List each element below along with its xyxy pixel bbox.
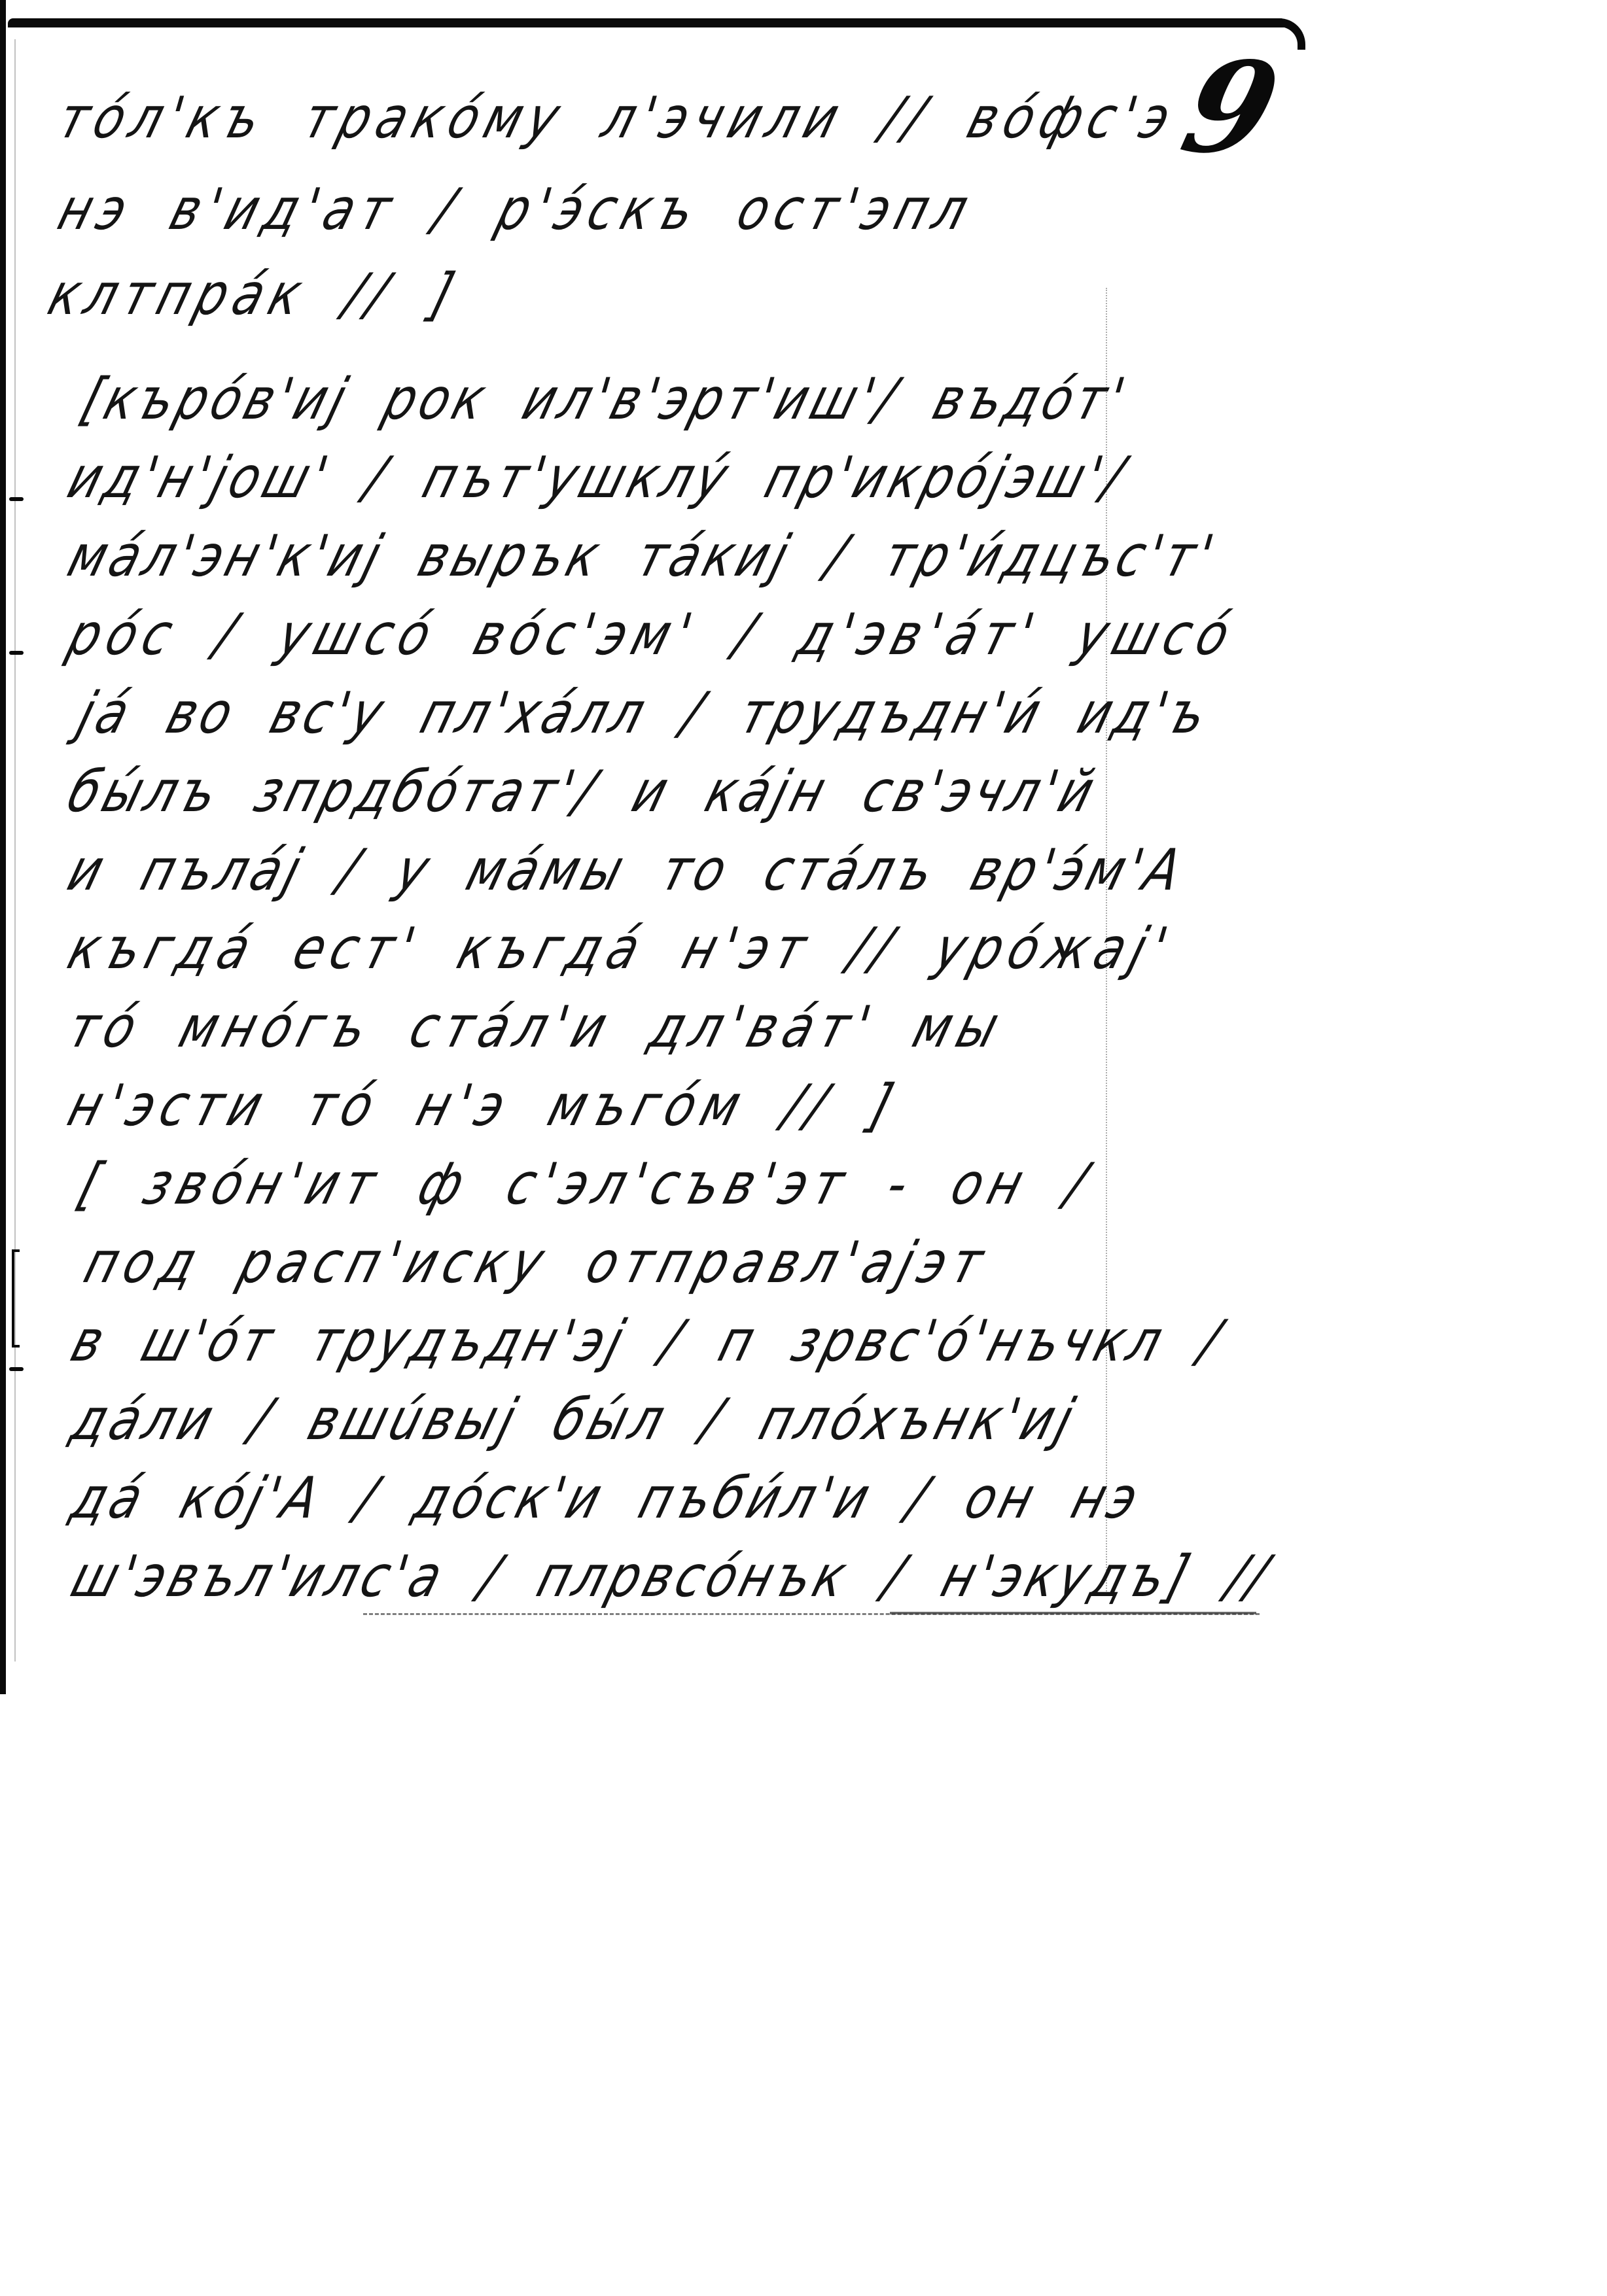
margin-tick-mark bbox=[9, 651, 24, 655]
text-line-19: ш'эвъл'илс'а / плрвсóнък / н'экудъ] // bbox=[65, 1548, 1277, 1605]
margin-bracket-mark bbox=[12, 1249, 20, 1348]
inner-margin-line bbox=[14, 39, 16, 1661]
bottom-separator-stroke bbox=[890, 1612, 1256, 1614]
text-line-10: и пълáј / у мáмы то стáлъ вр'э́м'А bbox=[62, 842, 1191, 899]
text-line-17: дáли / вшúвыј бы́л / плóхънк'иј bbox=[65, 1391, 1084, 1448]
text-line-13: н'эсти то́ н'э мъгóм // ] bbox=[62, 1077, 905, 1134]
text-line-4: [къро́в'иј рок ил'в'эрт'иш'/ въдо́т' bbox=[75, 371, 1135, 428]
text-line-7: рóс / ушсó вóс'эм' / д'эв'áт' ушсó bbox=[62, 606, 1242, 663]
text-line-8: јá во вс'у пл'хáлл / трудъдн'и́ ид'ъ bbox=[72, 685, 1216, 742]
text-line-14: [ звóн'ит ф с'эл'съв'эт - он / bbox=[72, 1156, 1099, 1213]
text-line-6: мáл'эн'к'иј вырък тáкиј / тр'и́дцъс'т' bbox=[62, 528, 1224, 585]
text-line-2: нэ в'ид'ат / р'э́скъ ост'эпл bbox=[52, 181, 980, 238]
text-line-18: дá кóј'А / дóск'и пъби́л'и / он нэ bbox=[65, 1470, 1148, 1527]
text-line-11: къгдá ест' къгдá н'эт // урóжај' bbox=[62, 920, 1180, 977]
margin-tick-mark bbox=[9, 497, 24, 501]
top-border-line bbox=[8, 18, 1284, 27]
text-line-3: клтпрáк // ] bbox=[43, 266, 466, 323]
margin-tick-mark bbox=[9, 1367, 24, 1371]
scan-edge-left bbox=[0, 0, 6, 1694]
text-line-15: под расп'иску отправл'ајэт bbox=[79, 1234, 996, 1291]
text-line-16: в ш'óт трудъдн'эј / п зрвс'ó'нъчкл / bbox=[65, 1313, 1230, 1370]
text-line-12: то́ мнóгъ стáл'и дл'вáт' мы bbox=[62, 999, 1011, 1056]
text-line-1: то́л'къ тракóму л'эчили // вóфс'э bbox=[52, 90, 1183, 147]
page-number: 9 bbox=[1172, 46, 1290, 170]
text-line-9: бы́лъ зпрдбóтат'/ и кáјн св'эчл'й bbox=[62, 763, 1104, 820]
text-line-5: ид'н'још' / път'ушклу́ пр'икро́јэш'/ bbox=[62, 449, 1133, 506]
